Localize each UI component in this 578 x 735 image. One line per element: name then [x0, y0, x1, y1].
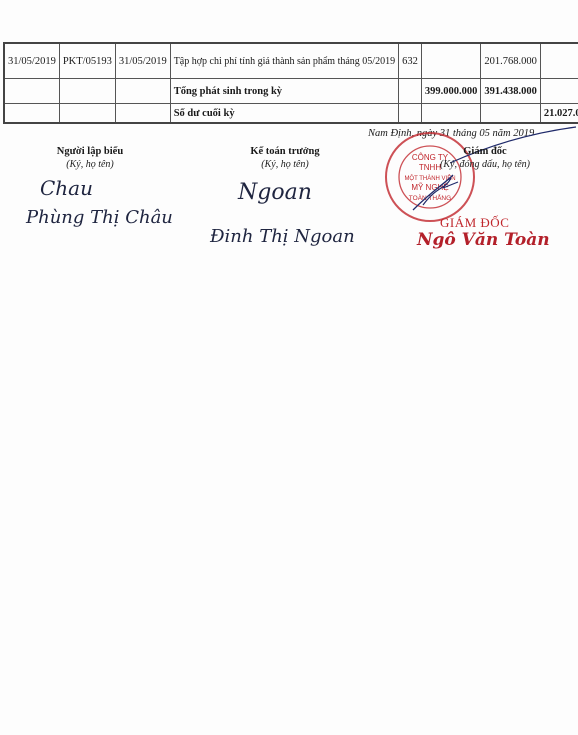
balance-debit: 21.027.000 [540, 104, 578, 124]
contra-account: 632 [399, 43, 422, 79]
document-page: 31/05/2019 PKT/05193 31/05/2019 Tập hợp … [0, 0, 578, 735]
contra-account [399, 104, 422, 124]
director-stamp-name: Ngô Văn Toàn [417, 230, 550, 250]
preparer-title: Người lập biểu [30, 146, 150, 157]
voucher-date: 31/05/2019 [115, 43, 170, 79]
credit-amount: 201.768.000 [481, 43, 541, 79]
balance-debit [540, 43, 578, 79]
entry-date [4, 104, 59, 124]
director-title: Giám đốc [420, 146, 550, 157]
preparer-block: Người lập biểu (Ký, họ tên) [30, 146, 150, 170]
voucher-date [115, 104, 170, 124]
chief-accountant-signature: Ngoan [238, 180, 312, 205]
preparer-signature: Chau [40, 176, 93, 200]
director-block: Giám đốc (Ký, đóng dấu, họ tên) [420, 146, 550, 170]
chief-accountant-subtitle: (Ký, họ tên) [225, 159, 345, 170]
table-row: Tổng phát sinh trong kỳ 399.000.000 391.… [4, 79, 578, 104]
debit-amount [421, 104, 481, 124]
description: Tổng phát sinh trong kỳ [170, 79, 398, 104]
description: Tập hợp chi phí tính giá thành sản phẩm … [170, 43, 398, 79]
table-row: 31/05/2019 PKT/05193 31/05/2019 Tập hợp … [4, 43, 578, 79]
voucher-number [59, 79, 115, 104]
entry-date [4, 79, 59, 104]
voucher-number: PKT/05193 [59, 43, 115, 79]
voucher-number [59, 104, 115, 124]
debit-amount: 399.000.000 [421, 79, 481, 104]
credit-amount [481, 104, 541, 124]
debit-amount [421, 43, 481, 79]
description: Số dư cuối kỳ [170, 104, 398, 124]
table-row: Số dư cuối kỳ 21.027.000 0 [4, 104, 578, 124]
balance-debit [540, 79, 578, 104]
chief-accountant-block: Kế toán trưởng (Ký, họ tên) [225, 146, 345, 170]
chief-accountant-title: Kế toán trưởng [225, 146, 345, 157]
director-stamp-title: GIÁM ĐỐC [440, 215, 509, 231]
entry-date: 31/05/2019 [4, 43, 59, 79]
preparer-name-handwritten: Phùng Thị Châu [26, 207, 173, 228]
preparer-subtitle: (Ký, họ tên) [30, 159, 150, 170]
director-subtitle: (Ký, đóng dấu, họ tên) [420, 159, 550, 170]
svg-text:MỘT THÀNH VIÊN: MỘT THÀNH VIÊN [404, 174, 455, 182]
ledger-table: 31/05/2019 PKT/05193 31/05/2019 Tập hợp … [3, 42, 578, 124]
voucher-date [115, 79, 170, 104]
contra-account [399, 79, 422, 104]
chief-accountant-name-handwritten: Đinh Thị Ngoan [210, 226, 355, 247]
credit-amount: 391.438.000 [481, 79, 541, 104]
